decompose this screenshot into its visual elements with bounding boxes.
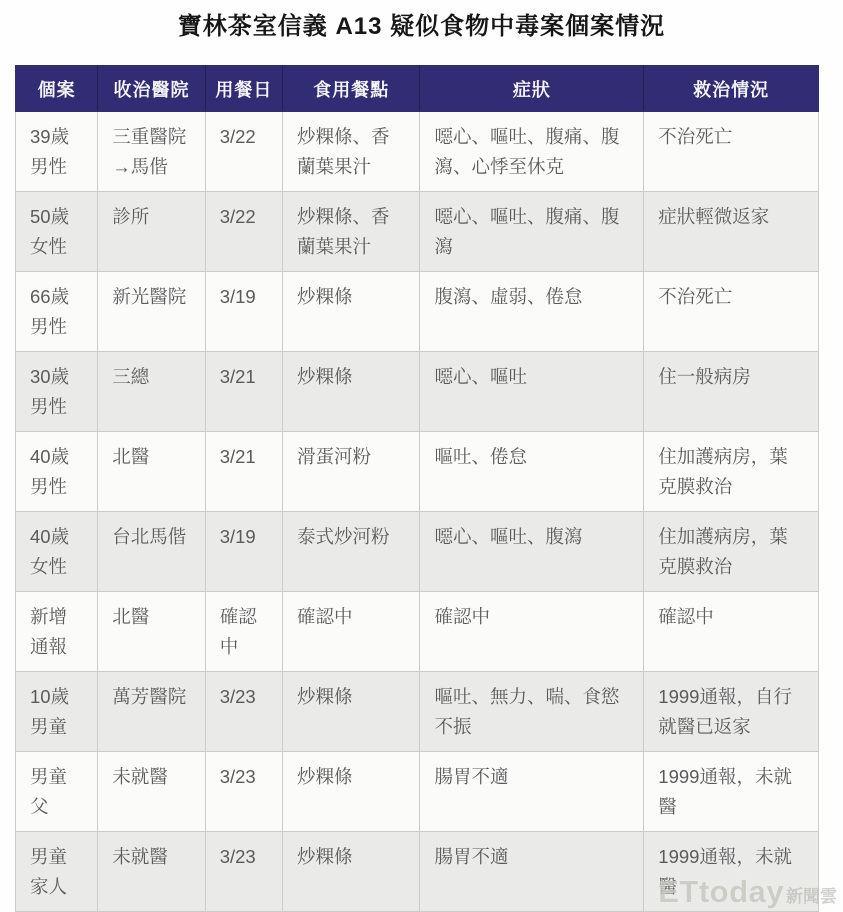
table-row: 30歲男性 三總 3/21 炒粿條 噁心、嘔吐 住一般病房 bbox=[16, 352, 819, 432]
case-cell: 男童家人 bbox=[16, 832, 98, 912]
date-cell: 3/23 bbox=[205, 832, 282, 912]
symptoms-cell: 噁心、嘔吐 bbox=[420, 352, 644, 432]
column-header-case: 個案 bbox=[16, 66, 98, 112]
table-row: 10歲男童 萬芳醫院 3/23 炒粿條 嘔吐、無力、喘、食慾不振 1999通報，… bbox=[16, 672, 819, 752]
symptoms-cell: 噁心、嘔吐、腹痛、腹瀉、心悸至休克 bbox=[420, 112, 644, 192]
table-row: 男童父 未就醫 3/23 炒粿條 腸胃不適 1999通報，未就醫 bbox=[16, 752, 819, 832]
hospital-cell: 北醫 bbox=[98, 432, 205, 512]
column-header-symptoms: 症狀 bbox=[420, 66, 644, 112]
symptoms-cell: 嘔吐、無力、喘、食慾不振 bbox=[420, 672, 644, 752]
date-cell: 3/19 bbox=[205, 512, 282, 592]
date-cell: 3/22 bbox=[205, 112, 282, 192]
case-cell: 新增通報 bbox=[16, 592, 98, 672]
treatment-cell: 1999通報，未就醫 bbox=[644, 832, 819, 912]
column-header-treatment: 救治情況 bbox=[644, 66, 819, 112]
page-title: 寶林茶室信義 A13 疑似食物中毒案個案情況 bbox=[0, 0, 843, 41]
column-header-dining-date: 用餐日 bbox=[205, 66, 282, 112]
symptoms-cell: 噁心、嘔吐、腹瀉 bbox=[420, 512, 644, 592]
treatment-cell: 確認中 bbox=[644, 592, 819, 672]
meal-cell: 炒粿條 bbox=[282, 752, 420, 832]
case-cell: 40歲男性 bbox=[16, 432, 98, 512]
meal-cell: 確認中 bbox=[282, 592, 420, 672]
date-cell: 3/22 bbox=[205, 192, 282, 272]
date-cell: 確認中 bbox=[205, 592, 282, 672]
hospital-cell: 台北馬偕 bbox=[98, 512, 205, 592]
symptoms-cell: 腹瀉、虛弱、倦怠 bbox=[420, 272, 644, 352]
table-row: 50歲女性 診所 3/22 炒粿條、香蘭葉果汁 噁心、嘔吐、腹痛、腹瀉 症狀輕微… bbox=[16, 192, 819, 272]
table-row: 男童家人 未就醫 3/23 炒粿條 腸胃不適 1999通報，未就醫 bbox=[16, 832, 819, 912]
case-cell: 10歲男童 bbox=[16, 672, 98, 752]
date-cell: 3/21 bbox=[205, 352, 282, 432]
table-row: 40歲男性 北醫 3/21 滑蛋河粉 嘔吐、倦怠 住加護病房，葉克膜救治 bbox=[16, 432, 819, 512]
case-table: 個案 收治醫院 用餐日 食用餐點 症狀 救治情況 39歲男性 三重醫院→馬偕 3… bbox=[15, 65, 819, 912]
case-cell: 50歲女性 bbox=[16, 192, 98, 272]
hospital-cell: 新光醫院 bbox=[98, 272, 205, 352]
hospital-cell: 未就醫 bbox=[98, 832, 205, 912]
treatment-cell: 1999通報，自行就醫已返家 bbox=[644, 672, 819, 752]
meal-cell: 滑蛋河粉 bbox=[282, 432, 420, 512]
symptoms-cell: 噁心、嘔吐、腹痛、腹瀉 bbox=[420, 192, 644, 272]
table-header-row: 個案 收治醫院 用餐日 食用餐點 症狀 救治情況 bbox=[16, 66, 819, 112]
treatment-cell: 住加護病房，葉克膜救治 bbox=[644, 432, 819, 512]
symptoms-cell: 嘔吐、倦怠 bbox=[420, 432, 644, 512]
table-row: 66歲男性 新光醫院 3/19 炒粿條 腹瀉、虛弱、倦怠 不治死亡 bbox=[16, 272, 819, 352]
column-header-hospital: 收治醫院 bbox=[98, 66, 205, 112]
table-row: 39歲男性 三重醫院→馬偕 3/22 炒粿條、香蘭葉果汁 噁心、嘔吐、腹痛、腹瀉… bbox=[16, 112, 819, 192]
meal-cell: 炒粿條、香蘭葉果汁 bbox=[282, 112, 420, 192]
date-cell: 3/21 bbox=[205, 432, 282, 512]
date-cell: 3/19 bbox=[205, 272, 282, 352]
symptoms-cell: 腸胃不適 bbox=[420, 832, 644, 912]
meal-cell: 炒粿條 bbox=[282, 352, 420, 432]
hospital-cell: 未就醫 bbox=[98, 752, 205, 832]
treatment-cell: 不治死亡 bbox=[644, 272, 819, 352]
treatment-cell: 住加護病房，葉克膜救治 bbox=[644, 512, 819, 592]
infographic-page: 寶林茶室信義 A13 疑似食物中毒案個案情況 個案 收治醫院 用餐日 食用餐點 … bbox=[0, 0, 843, 912]
column-header-meal: 食用餐點 bbox=[282, 66, 420, 112]
hospital-cell: 診所 bbox=[98, 192, 205, 272]
date-cell: 3/23 bbox=[205, 752, 282, 832]
case-cell: 39歲男性 bbox=[16, 112, 98, 192]
date-cell: 3/23 bbox=[205, 672, 282, 752]
table-row: 新增通報 北醫 確認中 確認中 確認中 確認中 bbox=[16, 592, 819, 672]
case-cell: 30歲男性 bbox=[16, 352, 98, 432]
hospital-cell: 北醫 bbox=[98, 592, 205, 672]
meal-cell: 炒粿條 bbox=[282, 272, 420, 352]
table-row: 40歲女性 台北馬偕 3/19 泰式炒河粉 噁心、嘔吐、腹瀉 住加護病房，葉克膜… bbox=[16, 512, 819, 592]
hospital-cell: 萬芳醫院 bbox=[98, 672, 205, 752]
case-cell: 男童父 bbox=[16, 752, 98, 832]
symptoms-cell: 確認中 bbox=[420, 592, 644, 672]
meal-cell: 炒粿條、香蘭葉果汁 bbox=[282, 192, 420, 272]
treatment-cell: 住一般病房 bbox=[644, 352, 819, 432]
hospital-cell: 三重醫院→馬偕 bbox=[98, 112, 205, 192]
symptoms-cell: 腸胃不適 bbox=[420, 752, 644, 832]
meal-cell: 炒粿條 bbox=[282, 832, 420, 912]
hospital-cell: 三總 bbox=[98, 352, 205, 432]
case-cell: 40歲女性 bbox=[16, 512, 98, 592]
meal-cell: 泰式炒河粉 bbox=[282, 512, 420, 592]
treatment-cell: 1999通報，未就醫 bbox=[644, 752, 819, 832]
case-cell: 66歲男性 bbox=[16, 272, 98, 352]
meal-cell: 炒粿條 bbox=[282, 672, 420, 752]
treatment-cell: 不治死亡 bbox=[644, 112, 819, 192]
treatment-cell: 症狀輕微返家 bbox=[644, 192, 819, 272]
